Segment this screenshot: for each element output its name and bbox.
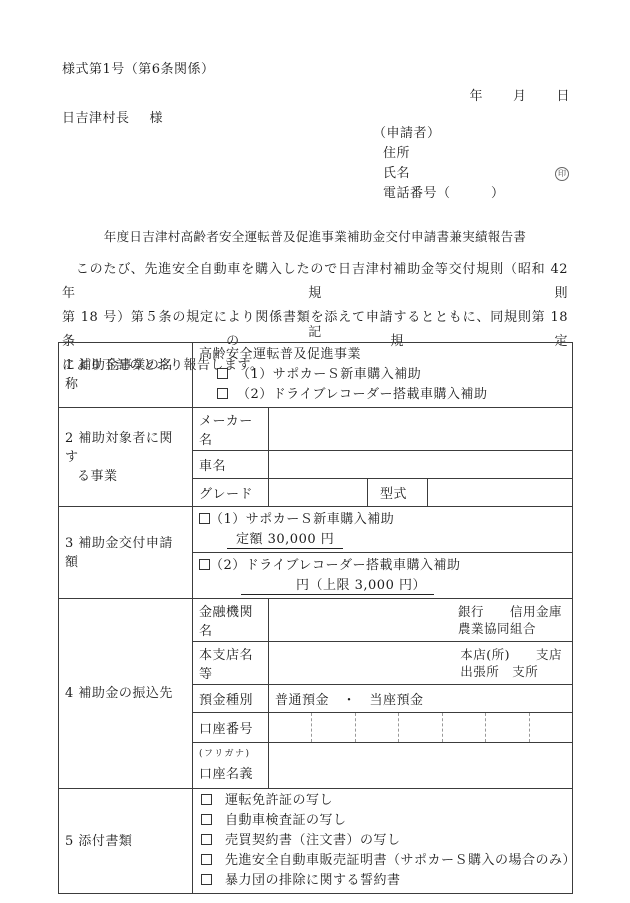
date-year-label: 年 [469, 85, 483, 104]
grade-input-cell[interactable] [269, 479, 368, 507]
maker-label: メーカー名 [193, 408, 269, 451]
table-row: 3 補助金交付申請額 （1）サポカーＳ新車購入補助 定額 30,000 円 [59, 507, 573, 553]
bank-options: 銀行 信用金庫 農業協同組合 [458, 602, 566, 638]
attachment-item: 先進安全自動車販売証明書（サポカーＳ購入の場合のみ） [201, 851, 566, 871]
row5-label: 5 添付書類 [59, 789, 193, 894]
account-number-cell[interactable] [442, 713, 485, 742]
document-title: 年度日吉津村高齢者安全運転普及促進事業補助金交付申請書兼実績報告書 [0, 227, 630, 245]
amount-option-1: （1）サポカーＳ新車購入補助 定額 30,000 円 [193, 507, 573, 553]
checkbox-icon[interactable] [217, 368, 228, 379]
name-label: 氏名 [383, 164, 410, 184]
maker-input-cell[interactable] [269, 408, 573, 451]
row1-label: 1 補助金事業の名称 [59, 343, 193, 408]
applicant-block: （申請者） 住所 氏名 印 電話番号（ ） [373, 124, 569, 204]
business-name-text: 高齢安全運転普及促進事業 [199, 345, 566, 365]
account-type-options[interactable]: 普通預金 ・ 当座預金 [269, 685, 573, 713]
car-name-label: 車名 [193, 451, 269, 479]
date-day-label: 日 [556, 85, 570, 104]
table-row: 4 補助金の振込先 金融機関名 銀行 信用金庫 農業協同組合 [59, 599, 573, 642]
attachment-item: 暴力団の排除に関する誓約書 [201, 871, 566, 891]
furigana-label: (フリガナ) [199, 746, 262, 760]
checkbox-icon[interactable] [201, 834, 212, 845]
date-line: 年 月 日 [469, 85, 570, 104]
car-name-input-cell[interactable] [269, 451, 573, 479]
row4-label: 4 補助金の振込先 [59, 599, 193, 789]
business-option-2-label: （2）ドライブレコーダー搭載車購入補助 [237, 387, 487, 402]
amount-option-2-label: （2）ドライブレコーダー搭載車購入補助 [210, 558, 460, 573]
account-name-label: 口座名義 [199, 765, 262, 785]
addressee-label: 日吉津村長 [62, 107, 130, 126]
row2-label: 2 補助対象者に関す る事業 [59, 408, 193, 507]
branch-label: 本支店名等 [193, 642, 269, 685]
amount-option-2-value: 円（上限 3,000 円） [241, 577, 434, 595]
account-name-input-cell[interactable] [269, 743, 573, 789]
form-number-label: 様式第1号（第6条関係） [62, 58, 215, 77]
account-number-cell[interactable] [529, 713, 572, 742]
branch-options: 本店(所) 支店 出張所 支所 [460, 645, 566, 681]
amount-option-1-label: （1）サポカーＳ新車購入補助 [210, 512, 394, 527]
branch-input-cell[interactable]: 本店(所) 支店 出張所 支所 [269, 642, 573, 685]
application-table: 1 補助金事業の名称 高齢安全運転普及促進事業 （1）サポカーＳ新車購入補助 （… [58, 342, 573, 894]
model-label: 型式 [368, 479, 428, 507]
attachment-item: 運転免許証の写し [201, 791, 566, 811]
business-option-1: （1）サポカーＳ新車購入補助 [199, 365, 566, 385]
account-number-label: 口座番号 [193, 713, 269, 743]
form-page: 様式第1号（第6条関係） 年 月 日 日吉津村長 様 （申請者） 住所 氏名 印… [0, 0, 630, 903]
attachment-item: 自動車検査証の写し [201, 811, 566, 831]
account-number-cell[interactable] [398, 713, 441, 742]
row3-label: 3 補助金交付申請額 [59, 507, 193, 599]
amount-option-1-value: 定額 30,000 円 [227, 531, 343, 549]
account-number-cell[interactable] [355, 713, 398, 742]
checkbox-icon[interactable] [201, 814, 212, 825]
addressee-line: 日吉津村長 様 [62, 107, 163, 126]
address-label: 住所 [373, 144, 569, 164]
name-row: 氏名 印 [373, 164, 569, 184]
honorific-label: 様 [150, 107, 164, 126]
attachment-item: 売買契約書（注文書）の写し [201, 831, 566, 851]
table-row: 2 補助対象者に関す る事業 メーカー名 [59, 408, 573, 451]
checkbox-icon[interactable] [201, 854, 212, 865]
account-number-cells [269, 713, 573, 743]
phone-label: 電話番号（ ） [373, 184, 569, 204]
amount-option-2: （2）ドライブレコーダー搭載車購入補助 円（上限 3,000 円） [193, 553, 573, 599]
bank-label: 金融機関名 [193, 599, 269, 642]
account-number-cell[interactable] [485, 713, 528, 742]
checkbox-icon[interactable] [201, 794, 212, 805]
account-name-label-cell: (フリガナ) 口座名義 [193, 743, 269, 789]
business-option-1-label: （1）サポカーＳ新車購入補助 [237, 367, 421, 382]
body-paragraph-line: このたび、先進安全自動車を購入したので日吉津村補助金等交付規則（昭和 42 年規… [62, 258, 568, 306]
business-option-2: （2）ドライブレコーダー搭載車購入補助 [199, 385, 566, 405]
date-month-label: 月 [513, 85, 527, 104]
checkbox-icon[interactable] [217, 388, 228, 399]
seal-icon: 印 [555, 167, 569, 181]
grade-label: グレード [193, 479, 269, 507]
table-row: 1 補助金事業の名称 高齢安全運転普及促進事業 （1）サポカーＳ新車購入補助 （… [59, 343, 573, 408]
ki-label: 記 [0, 321, 630, 340]
checkbox-icon[interactable] [199, 559, 210, 570]
table-row: 5 添付書類 運転免許証の写し 自動車検査証の写し 売買契約書（注文書）の写し … [59, 789, 573, 894]
bank-input-cell[interactable]: 銀行 信用金庫 農業協同組合 [269, 599, 573, 642]
account-type-label: 預金種別 [193, 685, 269, 713]
checkbox-icon[interactable] [199, 513, 210, 524]
attachments-list: 運転免許証の写し 自動車検査証の写し 売買契約書（注文書）の写し 先進安全自動車… [193, 789, 573, 894]
row1-content: 高齢安全運転普及促進事業 （1）サポカーＳ新車購入補助 （2）ドライブレコーダー… [193, 343, 573, 408]
account-number-cell[interactable] [311, 713, 354, 742]
checkbox-icon[interactable] [201, 874, 212, 885]
account-number-cell[interactable] [269, 713, 311, 742]
model-input-cell[interactable] [428, 479, 573, 507]
applicant-heading: （申請者） [373, 124, 569, 144]
